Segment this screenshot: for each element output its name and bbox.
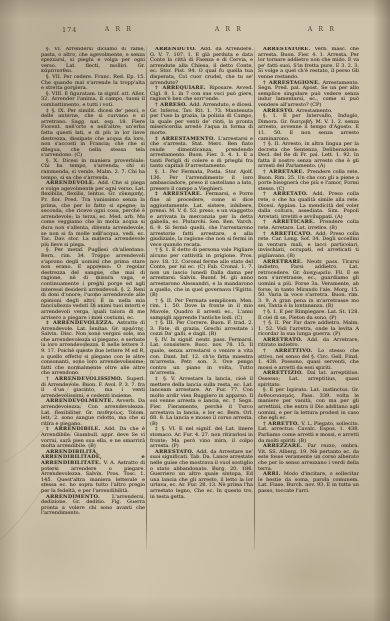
entry-paragraph: §. E per Ispirato. Lat. instinctus. Gr. … — [258, 388, 359, 422]
entry-paragraph: ‡ ARRESTAMENTO. L'arrestarsi e che s'arr… — [150, 137, 253, 171]
entry-headword: ‡ ARRENDIBILE. — [46, 426, 104, 432]
entry-paragraph: † ARRETTO. V. L. Piegato, sollecito. Lat… — [258, 422, 359, 444]
entry-headword: ARREZZARE. — [263, 443, 308, 449]
entry-paragraph: † ARRETTIVO. Lo stesso che attivo, nel s… — [258, 349, 359, 371]
entry-paragraph: ARRENDUTO. Add. da Arrendere. G. V. 7. 1… — [150, 47, 253, 86]
entry-headword: ARRI. — [263, 471, 284, 477]
entry-headword: † ARRETARE. — [263, 169, 307, 175]
entry-headword: † ARREQUIARE. — [155, 85, 209, 91]
entry-headword: ARRETRATO. — [263, 337, 307, 343]
entry-paragraph: † §. II. Per Far dare addietro. Malm. 1.… — [258, 321, 359, 338]
entry-headword: ARRENDUTO. — [155, 47, 200, 52]
entry-paragraph: §. IV. In signif. neutr. pass. Fermarsi.… — [150, 338, 253, 377]
column-rule — [146, 46, 147, 550]
running-head: A R R — [105, 26, 133, 33]
entry-paragraph: ARRETTIZIO. Dal lat. arreptitius. Ossess… — [258, 371, 359, 388]
scanned-page: 174 A R R A R R A R R §. VI. Arrendersi … — [0, 0, 390, 621]
entry-paragraph: §. VIII. E figuratam. in signif. att. Al… — [41, 92, 145, 109]
entry-headword: † ARRETICATO. — [263, 231, 315, 237]
entry-headword: † ARRENDEVOLISSIMO. — [46, 376, 127, 382]
entry-paragraph: † §. II. Arresto, in altra lingua per la… — [258, 142, 359, 170]
entry-paragraph: ARRENDIBILITÀ, ARRENDIBILITADE, e ARREND… — [41, 450, 145, 495]
running-head: A R R — [215, 26, 243, 33]
entry-headword: ‡ ARRESTAMENTO. — [155, 136, 218, 142]
entry-paragraph: ‡ §. IX. Per similit. dicesi de' pesci, … — [41, 109, 145, 159]
entry-paragraph: ARRESTATORE. Verb. masc. che arresta. Bu… — [258, 47, 359, 81]
entry-paragraph: ARRETRARE. Neutr. pass. Tirarsi indietro… — [258, 260, 359, 310]
entry-paragraph: † §. 1. E detto di persona vale Pigliare… — [150, 248, 253, 298]
paper-stain — [250, 540, 370, 610]
entry-paragraph: ARRI. Modo d'incitare, o sollecitar le b… — [258, 472, 359, 494]
entry-paragraph: §. 1. E per Intervallo, Indugio, Dimora.… — [258, 114, 359, 142]
entry-headword: ARRESTATORE. — [263, 47, 315, 52]
entry-paragraph: §. 1. Per Fermata, Posta. Stor. Ajolf. 1… — [150, 170, 253, 192]
entry-paragraph: † ARREQUIARE. Riposare. Avved. Cigl. 8. … — [150, 86, 253, 103]
entry-paragraph: † ARRETICATO. Add. Preso colla rete. Car… — [258, 232, 359, 260]
entry-paragraph: † §. III. Per Correre. Buon. F. trad. 2.… — [150, 321, 253, 338]
entry-paragraph: ‡ §. V. Arrestare la lancia, cioè il met… — [150, 377, 253, 427]
entry-paragraph: † ARRESO. Add. Arrenduto, e dicesi. Gr. … — [150, 103, 253, 137]
entry-headword: † ARRESTAGIONE. — [263, 80, 323, 86]
entry-paragraph: ‡ ARRESTARE. Fermarsi, e Porre fine al p… — [150, 192, 253, 248]
entry-headword: † ARRETTIVO. — [263, 348, 318, 354]
entry-paragraph: §. X. Dicesi in maniera proverbiale: Chi… — [41, 159, 145, 181]
entry-headword: † ARRESO. — [155, 102, 189, 108]
entry-paragraph: §. Per metaf. Pugliesi ch'allentano. Ber… — [41, 248, 145, 321]
page-number: 174 — [62, 26, 77, 34]
entry-paragraph: ARREZZARE. Far rezzo, ombra. Vit. SS. Al… — [258, 444, 359, 472]
entry-paragraph: † §. II. Per Fermata semplicem. Men. rim… — [150, 299, 253, 321]
entry-paragraph: §. VI. Arrendersi diciamo di rame, pasta… — [41, 47, 145, 75]
entry-headword: ARRENDIBILITÀ, ARRENDIBILITADE, e ARREND… — [41, 449, 145, 466]
entry-headword: ARRENDEVOLMENTE. — [46, 398, 116, 404]
entry-paragraph: † ARRENDEVOLISSIMO. Superl. di Arrendevo… — [41, 377, 145, 399]
entry-paragraph: † ARRESTAGIONE. Arrestamento. Segn. Pred… — [258, 81, 359, 109]
entry-headword: ARRETRARE. — [263, 259, 307, 265]
text-column-middle: ARRENDUTO. Add. da Arrendere. G. V. 7. 1… — [150, 47, 253, 549]
running-head: A R R — [308, 26, 336, 33]
text-column-left: §. VI. Arrendersi diciamo di rame, pasta… — [41, 47, 145, 549]
entry-paragraph: ‡ §. VI. E nel signif. del Lat. linere s… — [150, 427, 253, 449]
entry-headword: † ARRETTO. — [263, 421, 301, 427]
entry-headword: ARRESTATO. — [155, 449, 196, 455]
entry-headword: † ARRETICARE. — [263, 219, 320, 225]
entry-headword: † ARRETATO. — [263, 191, 313, 197]
entry-headword: ‡ ARRESTARE. — [155, 191, 206, 197]
entry-paragraph: ARRESTATO. Add. da Arrestare ne' suoi si… — [150, 450, 253, 500]
entry-paragraph: ARRENDIMENTO. L'arrendersi, dedizione. G… — [41, 495, 145, 517]
entry-paragraph: §. VII. Per cedere. Franc. Red. Ep. 15. … — [41, 75, 145, 92]
entry-headword: ARRENDEVOLE. — [46, 180, 98, 186]
entry-paragraph: † ARRETARE. Prendere colla rete. Buon. R… — [258, 170, 359, 192]
entry-headword: ARRETTIZIO. — [263, 370, 307, 376]
text-column-right: ARRESTATORE. Verb. masc. che arresta. Bu… — [258, 47, 359, 549]
entry-paragraph: † ARRETATO. Add. Preso colla rete, o che… — [258, 192, 359, 220]
column-rule — [254, 46, 255, 550]
page-header: 174 A R R A R R A R R — [0, 26, 390, 38]
entry-paragraph: ARRENDEVOLE. Add. Che si piega e volge a… — [41, 181, 145, 248]
entry-paragraph: ‡ ARRENDEVOLEZZA. Astratto di Arrendevol… — [41, 321, 145, 377]
entry-headword: ‡ ARRENDEVOLEZZA. — [46, 320, 117, 326]
entry-paragraph: ARRENDEVOLMENTE. Avverb. Da arrendevolez… — [41, 399, 145, 427]
entry-headword: ARRENDIMENTO. — [46, 494, 112, 500]
entry-paragraph: ‡ ARRENDIBILE. Add. Da che è Arrendibile… — [41, 427, 145, 449]
